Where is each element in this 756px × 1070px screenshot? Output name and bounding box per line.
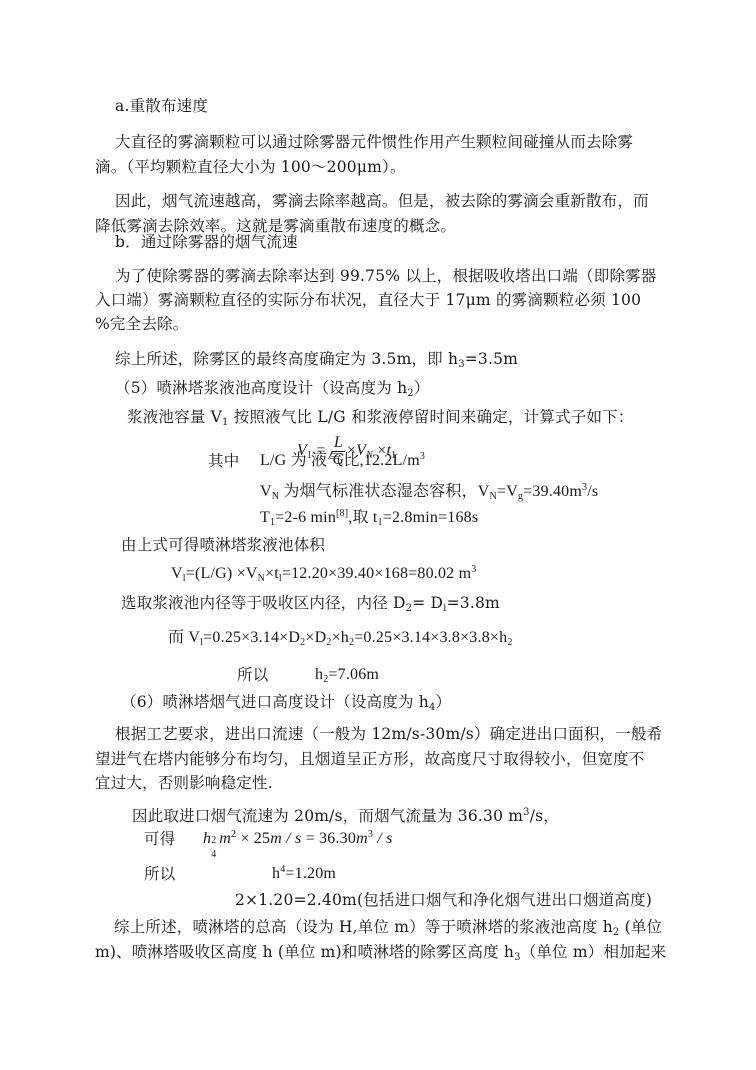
- paragraph-line: 由上式可得喷淋塔浆液池体积: [121, 535, 325, 555]
- volume-equation: Vl=(L/G) ×VN×tl=12.20×39.40×168=80.02 m3: [171, 564, 476, 584]
- paragraph-line: 望进气在塔内能够分布均匀，且烟道呈正方形，故高度尺寸取得较小，但宽度不: [95, 749, 645, 769]
- where-lg: L/G 为 液气比,12.2L/m3: [260, 451, 425, 471]
- paragraph-line: 综上所述，除雾区的最终高度确定为 3.5m，即 h3=3.5m: [115, 349, 518, 369]
- summary-line: 综上所述，喷淋塔的总高（设为 H,单位 m）等于喷淋塔的浆液池高度 h2 (单位: [114, 917, 662, 937]
- paragraph-line: 为了使除雾器的雾滴去除率达到 99.75% 以上，根据吸收塔出口端（即除雾器: [115, 266, 657, 286]
- total-inlet-height: 2×1.20=2.40m(包括进口烟气和净化烟气进出口烟道高度): [235, 890, 652, 910]
- paragraph-line: %完全去除。: [95, 314, 188, 334]
- where-t1: T1=2-6 min[8],取 t1=2.8min=168s: [260, 508, 478, 528]
- therefore-label: 所以: [144, 864, 175, 884]
- h2-result: h2=7.06m: [315, 665, 379, 685]
- volume-diameter-equation: 而 Vl=0.25×3.14×D2×D2×h2=0.25×3.14×3.8×3.…: [168, 628, 513, 648]
- section-heading-6: （6）喷淋塔烟气进口高度设计（设高度为 h4）: [121, 692, 451, 712]
- where-vn: VN 为烟气标准状态湿态容积，VN=Vg=39.40m3/s: [260, 482, 598, 502]
- h4-result: h4=1.20m: [272, 864, 336, 884]
- paragraph-line: 宜过大，否则影响稳定性.: [95, 773, 273, 793]
- heading-b: b．通过除雾器的烟气流速: [115, 232, 298, 252]
- paragraph-line: 入口端）雾滴颗粒直径的实际分布状况，直径大于 17μm 的雾滴颗粒必须 100: [95, 290, 641, 310]
- paragraph-line: 因此取进口烟气流速为 20m/s，而烟气流量为 36.30 m3/s，: [132, 806, 559, 826]
- paragraph-line: 滴。（平均颗粒直径大小为 100～200μm）。: [95, 157, 406, 177]
- heading-a: a.重散布速度: [115, 96, 208, 116]
- paragraph-line: 根据工艺要求，进出口流速（一般为 12m/s-30m/s）确定进出口面积，一般希: [115, 724, 662, 744]
- formula-h4: h24m2 × 25m / s = 36.30m3 / s: [203, 829, 393, 849]
- diameter-line: 选取浆液池内径等于吸收区内径，内径 D2= Di=3.8m: [121, 593, 500, 613]
- derive-label: 可得: [144, 829, 175, 849]
- therefore-label: 所以: [237, 665, 268, 685]
- summary-line: m)、喷淋塔吸收区高度 h (单位 m)和喷淋塔的除雾区高度 h3（单位 m）相…: [95, 942, 666, 962]
- paragraph-line: 因此，烟气流速越高，雾滴去除率越高。但是，被去除的雾滴会重新散布，而: [115, 191, 649, 211]
- where-label: 其中: [208, 451, 239, 471]
- paragraph-line: 大直径的雾滴颗粒可以通过除雾器元件惯性作用产生颗粒间碰撞从而去除雾: [115, 132, 633, 152]
- paragraph-line: 浆液池容量 V1 按照液气比 L/G 和浆液停留时间来确定，计算式子如下：: [127, 407, 634, 427]
- section-heading-5: （5）喷淋塔浆液池高度设计（设高度为 h2）: [115, 378, 430, 398]
